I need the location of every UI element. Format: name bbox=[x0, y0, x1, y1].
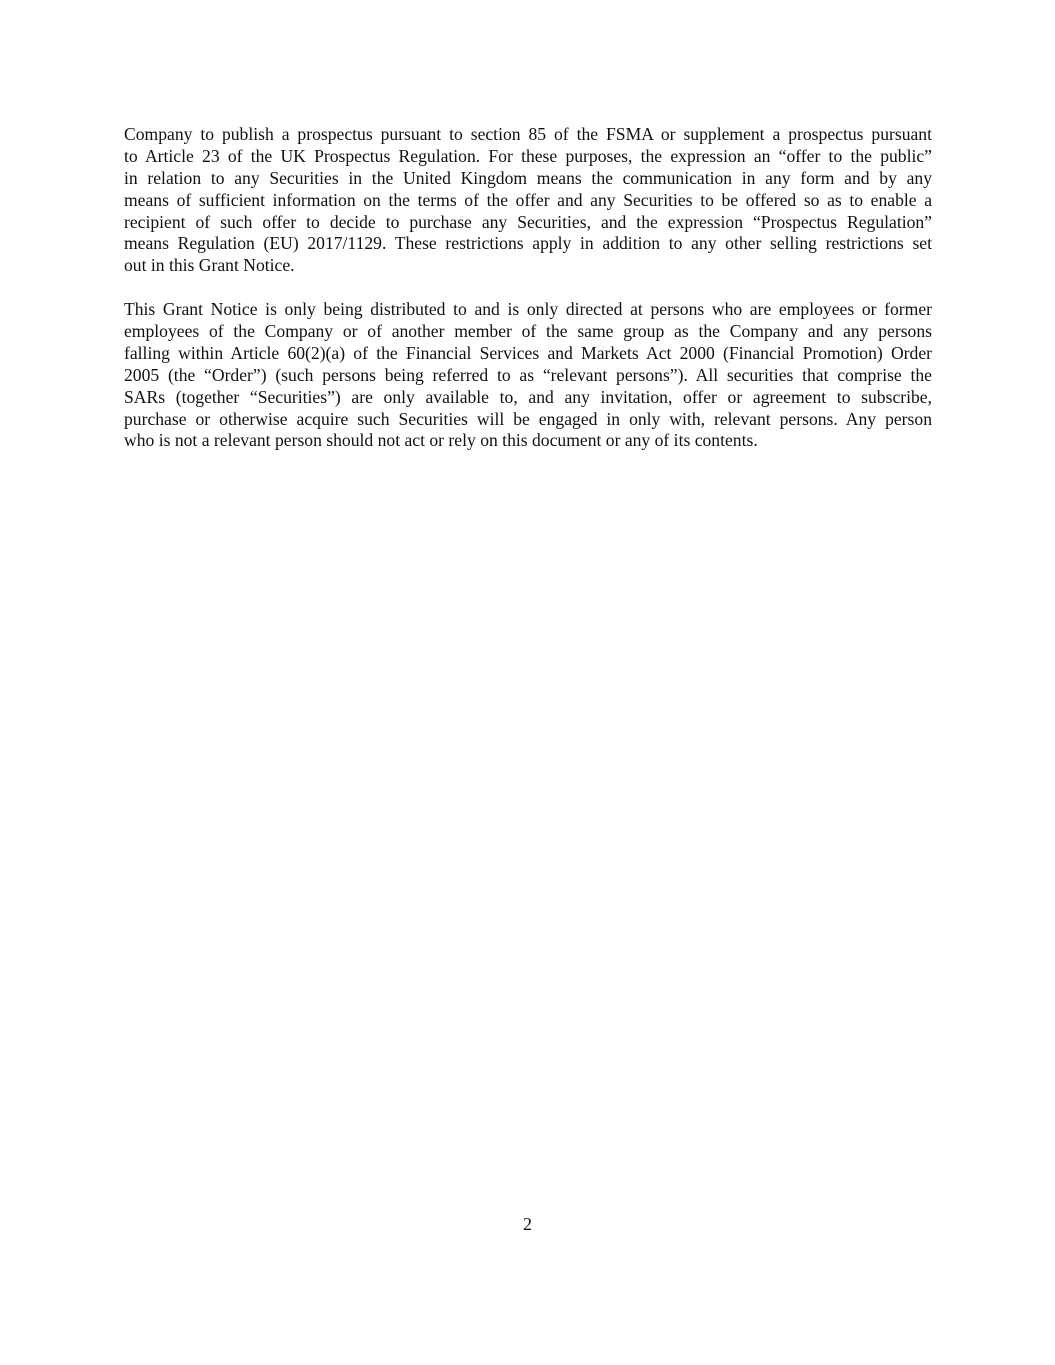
text-line: SARs (together “Securities”) are only av… bbox=[124, 387, 932, 409]
paragraph-offer-to-public: Company to publish a prospectus pursuant… bbox=[124, 124, 932, 277]
document-page: Company to publish a prospectus pursuant… bbox=[0, 0, 1055, 1365]
text-line: This Grant Notice is only being distribu… bbox=[124, 299, 932, 321]
document-body: Company to publish a prospectus pursuant… bbox=[124, 124, 932, 474]
text-line: in relation to any Securities in the Uni… bbox=[124, 168, 932, 190]
text-line: out in this Grant Notice. bbox=[124, 255, 932, 277]
text-line: who is not a relevant person should not … bbox=[124, 430, 932, 452]
paragraph-relevant-persons: This Grant Notice is only being distribu… bbox=[124, 299, 932, 452]
text-line: 2005 (the “Order”) (such persons being r… bbox=[124, 365, 932, 387]
text-line: means of sufficient information on the t… bbox=[124, 190, 932, 212]
text-line: recipient of such offer to decide to pur… bbox=[124, 212, 932, 234]
text-line: Company to publish a prospectus pursuant… bbox=[124, 124, 932, 146]
text-line: to Article 23 of the UK Prospectus Regul… bbox=[124, 146, 932, 168]
text-line: purchase or otherwise acquire such Secur… bbox=[124, 409, 932, 431]
text-line: employees of the Company or of another m… bbox=[124, 321, 932, 343]
text-line: means Regulation (EU) 2017/1129. These r… bbox=[124, 233, 932, 255]
page-number: 2 bbox=[0, 1214, 1055, 1235]
text-line: falling within Article 60(2)(a) of the F… bbox=[124, 343, 932, 365]
